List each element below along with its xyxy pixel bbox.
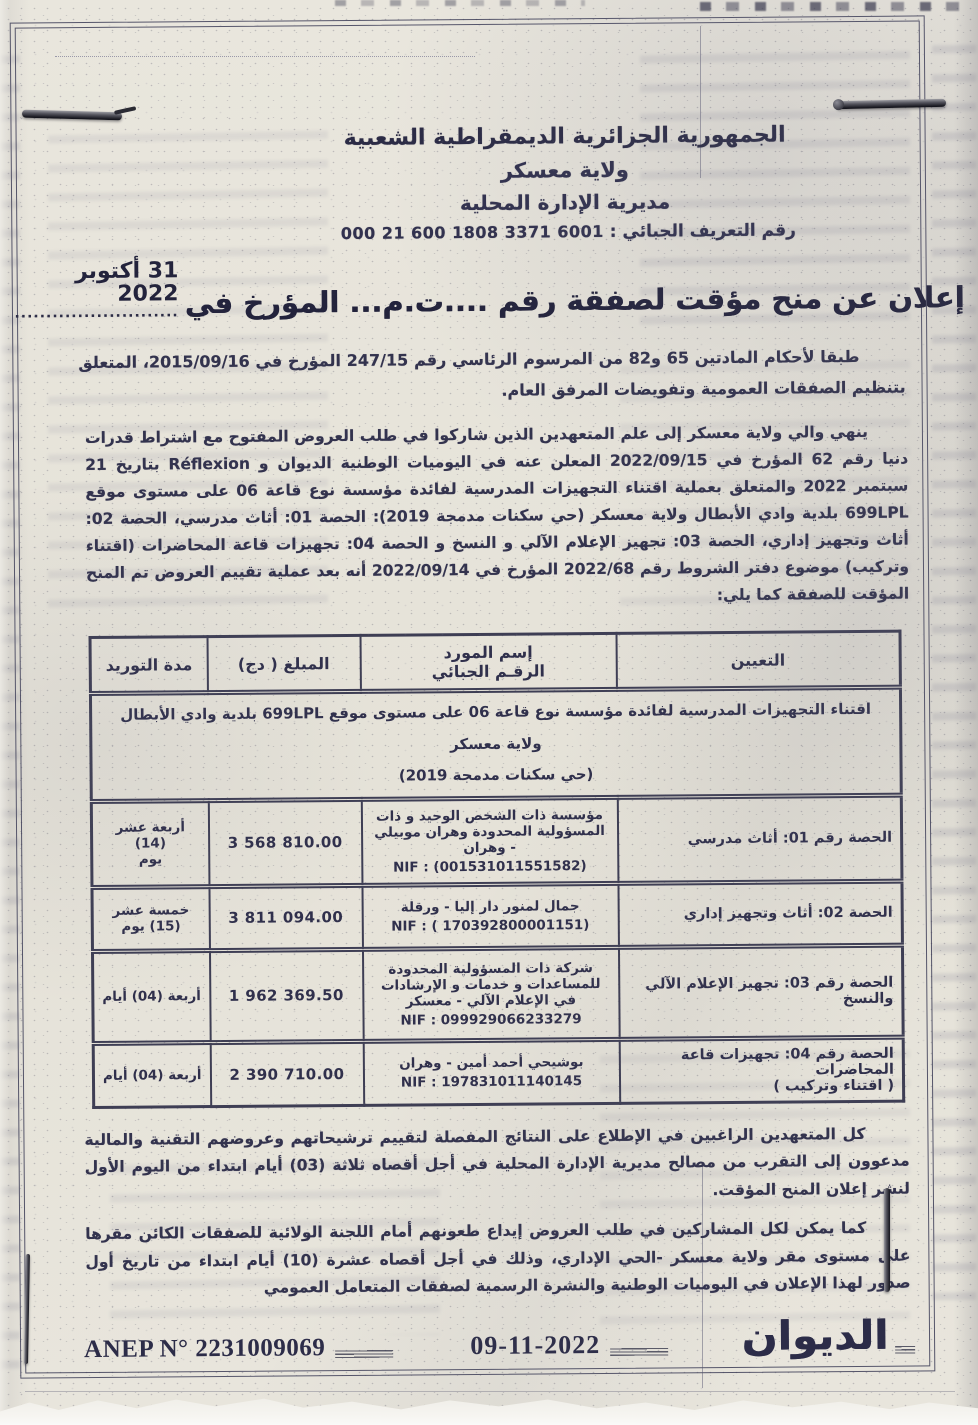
tax-id-label: رقم التعريف الجبائي : bbox=[610, 220, 796, 241]
paper-pin bbox=[884, 1188, 890, 1292]
supplier-nif: NIF : ( 170392800001151) bbox=[371, 916, 609, 934]
lot-designation: الحصة رقم 03: تجهيز الإعلام الآلي والنسخ bbox=[618, 945, 903, 1039]
footer-rule bbox=[895, 1346, 915, 1354]
paper-pin bbox=[836, 99, 946, 109]
tax-id-line: رقم التعريف الجبائي : 000 21 600 1808 33… bbox=[245, 220, 885, 245]
supplier-cell: مؤسسة ذات الشخص الوحيد و ذات المسؤولية ا… bbox=[361, 797, 618, 885]
republic-line: الجمهورية الجزائرية الديمقراطية الشعبية bbox=[245, 122, 885, 152]
amount-cell: 1 962 369.50 bbox=[209, 949, 363, 1042]
lot-designation: الحصة رقم 04: تجهيزات قاعة المحاضرات ( ا… bbox=[619, 1037, 903, 1103]
dotted-line: .......................... bbox=[14, 305, 178, 321]
torn-paper-edge-left bbox=[0, 0, 10, 1425]
supplier-cell: شركة ذات المسؤولية المحدودة للمساعدات و … bbox=[362, 947, 619, 1041]
announcement-frame: الجمهورية الجزائرية الديمقراطية الشعبية … bbox=[15, 20, 931, 1373]
directorate-line: مديرية الإدارة المحلية bbox=[245, 188, 885, 217]
supplier-nif: NIF : 099929066233279 bbox=[372, 1010, 610, 1028]
anep-number: ANEP N° 2231009069 bbox=[84, 1334, 325, 1364]
table-row: الحصة رقم 01: أثاث مدرسي مؤسسة ذات الشخص… bbox=[91, 795, 902, 887]
announcement-footer: ANEP N° 2231009069 09-11-2022 الديوان bbox=[26, 1315, 929, 1368]
amount-cell: 2 390 710.00 bbox=[210, 1041, 363, 1106]
top-edge-text-fragment bbox=[700, 2, 962, 11]
supplier-cell: بوشيحي أحمد أمين - وهران NIF : 197831011… bbox=[363, 1039, 619, 1105]
results-consultation-paragraph: كل المتعهدين الراغبين في الإطلاع على الن… bbox=[84, 1120, 910, 1209]
bleed-through-text bbox=[932, 30, 976, 1300]
duration-cell: أربعة (04) أيام bbox=[93, 1042, 210, 1107]
col-header-supplier: إسم المورد الرقـم الجبائي bbox=[360, 633, 616, 691]
torn-paper-edge-bottom bbox=[0, 1395, 978, 1425]
supplier-name: مؤسسة ذات الشخص الوحيد و ذات المسؤولية ا… bbox=[374, 807, 605, 856]
supplier-name: شركة ذات المسؤولية المحدودة للمساعدات و … bbox=[381, 960, 601, 1009]
duration-cell: أربعة (04) أيام bbox=[92, 950, 210, 1043]
supplier-nif: NIF : 197831011140145 bbox=[372, 1073, 610, 1091]
wilaya-line: ولاية معسكر bbox=[245, 156, 885, 185]
amount-cell: 3 568 810.00 bbox=[208, 799, 362, 886]
government-header: الجمهورية الجزائرية الديمقراطية الشعبية … bbox=[245, 122, 886, 245]
table-header-row: التعيين إسم المورد الرقـم الجبائي المبلغ… bbox=[90, 631, 900, 693]
footer-rule bbox=[610, 1347, 668, 1355]
award-table: التعيين إسم المورد الرقـم الجبائي المبلغ… bbox=[89, 630, 906, 1109]
operation-row: اقتناء التجهيزات المدرسية لفائدة مؤسسة ن… bbox=[90, 687, 901, 801]
supplier-cell: جمال لمنور دار إليا - ورقلة NIF : ( 1703… bbox=[362, 883, 618, 949]
col-header-duration: مدة التوريد bbox=[90, 637, 207, 694]
table-row: الحصة رقم 04: تجهيزات قاعة المحاضرات ( ا… bbox=[93, 1037, 903, 1107]
announcement-title: إعلان عن منح مؤقت لصفقة رقم ....ت.م... ا… bbox=[68, 254, 911, 321]
lot-designation: الحصة رقم 01: أثاث مدرسي bbox=[617, 795, 902, 883]
amount-cell: 3 811 094.00 bbox=[209, 885, 362, 950]
announcement-title-text: إعلان عن منح مؤقت لصفقة رقم ....ت.م... ا… bbox=[184, 280, 964, 320]
supplier-name: جمال لمنور دار إليا - ورقلة bbox=[401, 898, 580, 915]
announcement-date-group: 31 أكتوبر 2022 .........................… bbox=[14, 259, 179, 321]
table-row: الحصة رقم 03: تجهيز الإعلام الآلي والنسخ… bbox=[92, 945, 903, 1043]
footer-rule bbox=[335, 1350, 393, 1358]
table-row: الحصة 02: أثاث وتجهيز إداري جمال لمنور د… bbox=[92, 881, 902, 951]
newspaper-logo: الديوان bbox=[742, 1316, 889, 1359]
duration-cell: خمسة عشر (15) يوم bbox=[92, 886, 209, 951]
appeals-paragraph: كما يمكن لكل المشاركين في طلب العروض إيد… bbox=[85, 1215, 911, 1304]
announcement-date: 31 أكتوبر 2022 bbox=[14, 259, 179, 306]
publication-date: 09-11-2022 bbox=[470, 1330, 600, 1361]
duration-cell: أربعة عشر (14) يوم bbox=[91, 800, 209, 887]
top-edge-text-fragment bbox=[335, 0, 585, 6]
col-header-designation: التعيين bbox=[616, 631, 900, 689]
col-header-amount: المبلغ ( دج) bbox=[207, 635, 360, 692]
supplier-nif: NIF : (001531011551582) bbox=[371, 857, 609, 875]
legal-basis-paragraph: طبقا لأحكام المادتين 65 و82 من المرسوم ا… bbox=[78, 340, 905, 409]
operation-description: اقتناء التجهيزات المدرسية لفائدة مؤسسة ن… bbox=[90, 687, 901, 801]
lot-designation: الحصة 02: أثاث وتجهيز إداري bbox=[618, 881, 902, 947]
intro-paragraph: ينهي والي ولاية معسكر إلى علم المتعهدين … bbox=[85, 419, 909, 614]
tax-id-number: 000 21 600 1808 3371 6001 bbox=[341, 222, 604, 243]
supplier-name: بوشيحي أحمد أمين - وهران bbox=[399, 1054, 583, 1071]
scanned-newspaper-page: الجمهورية الجزائرية الديمقراطية الشعبية … bbox=[0, 0, 978, 1425]
page-bottom-ghost-line bbox=[25, 1391, 955, 1392]
